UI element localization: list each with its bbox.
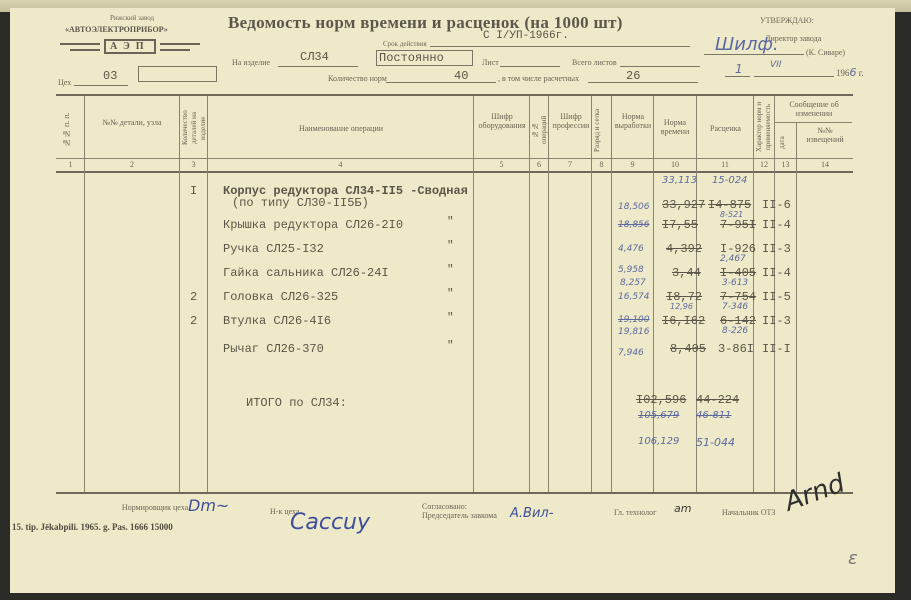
table-top-border bbox=[56, 94, 853, 96]
row-ditto: " bbox=[447, 340, 454, 352]
year-suffix: 6 bbox=[850, 66, 857, 79]
row-time: I7,55 bbox=[662, 218, 698, 232]
term-line bbox=[430, 46, 690, 47]
row-operation: Ручка СЛ25-I32 bbox=[223, 242, 324, 256]
row-rate-new: 2,467 bbox=[720, 254, 746, 264]
col-num-5: 5 bbox=[474, 160, 529, 169]
director-signature: Шилф. bbox=[715, 34, 779, 55]
col-divider-5 bbox=[529, 96, 530, 492]
director-name: (К. Сиваре) bbox=[806, 48, 845, 57]
row-output-alt: 19,816 bbox=[618, 327, 650, 337]
shop-line bbox=[74, 85, 128, 86]
row-output: 18,506 bbox=[618, 202, 650, 212]
shop-code-box bbox=[138, 66, 217, 82]
col-header-7: Шифр профессии bbox=[551, 112, 591, 130]
calculated-line bbox=[588, 82, 698, 83]
col-num-10: 10 bbox=[654, 160, 696, 169]
union-chair-signature: А.Вил- bbox=[510, 506, 553, 521]
col-divider-6 bbox=[548, 96, 549, 492]
norms-count-label: Количество норм bbox=[328, 74, 387, 83]
col-header-11: Расценка bbox=[698, 124, 753, 133]
col-header-9: Норма выработки bbox=[613, 112, 653, 130]
norm-setter-signature: Dm~ bbox=[188, 496, 229, 515]
col-divider-13 bbox=[796, 122, 797, 492]
row-time: 8,405 bbox=[670, 342, 706, 356]
row-operation: Крышка редуктора СЛ26-2I0 bbox=[223, 218, 403, 232]
row-qty: I bbox=[190, 184, 197, 198]
row-ditto: " bbox=[447, 264, 454, 276]
row-grade: II-I bbox=[762, 342, 791, 356]
norms-count-line bbox=[386, 82, 496, 83]
ots-head-label: Начальник ОТЗ bbox=[722, 508, 775, 517]
col-num-1: 1 bbox=[57, 160, 84, 169]
document-sheet: Рижский завод «АВТОЭЛЕКТРОПРИБОР» АЭП Ве… bbox=[10, 8, 895, 593]
row-ditto: " bbox=[447, 240, 454, 252]
margin-mark: ε bbox=[848, 548, 858, 569]
total-time-rev2: 106,129 bbox=[638, 436, 679, 447]
col-num-3: 3 bbox=[180, 160, 207, 169]
row-operation: Гайка сальника СЛ26-24I bbox=[223, 266, 389, 280]
day-line bbox=[725, 76, 750, 77]
total-rate: 44-224 bbox=[696, 393, 739, 407]
chief-tech-signature: am bbox=[674, 502, 691, 515]
col-group-header: Сообщение об изменении bbox=[776, 100, 852, 118]
row-time-new: 33,113 bbox=[662, 175, 697, 186]
row-time: 3,44 bbox=[672, 266, 701, 280]
col-num-14: 14 bbox=[797, 160, 853, 169]
logo-wing-left bbox=[60, 43, 100, 45]
col-header-10: Норма времени bbox=[655, 118, 695, 136]
col-header-2: №№ детали, узла bbox=[90, 118, 174, 127]
month-line bbox=[754, 76, 834, 77]
norms-count-value: 40 bbox=[454, 69, 468, 83]
col-num-8: 8 bbox=[592, 160, 611, 169]
row-rate-new: 7-346 bbox=[722, 302, 748, 312]
term-value: Постоянно bbox=[376, 50, 473, 66]
col-divider-7 bbox=[591, 96, 592, 492]
row-time: 4,392 bbox=[666, 242, 702, 256]
approve-day: 1 bbox=[735, 62, 743, 76]
product-line bbox=[278, 66, 358, 67]
logo-wing-right-2 bbox=[160, 49, 190, 51]
total-time-rev1: 105,679 bbox=[638, 410, 679, 421]
logo-wing-right bbox=[160, 43, 200, 45]
row-operation: Головка СЛ26-325 bbox=[223, 290, 338, 304]
total-sheets-line bbox=[620, 66, 700, 67]
row-rate: 7-95I bbox=[720, 218, 756, 232]
row-qty: 2 bbox=[190, 314, 197, 328]
row-grade: II-6 bbox=[762, 198, 791, 212]
header-bottom-rule bbox=[56, 158, 853, 159]
term-label: Срок действия bbox=[383, 40, 427, 48]
group-header-rule bbox=[774, 122, 852, 123]
row-time: I6,I62 bbox=[662, 314, 705, 328]
row-grade: II-3 bbox=[762, 242, 791, 256]
chief-tech-label: Гл. технолог bbox=[614, 508, 656, 517]
total-time: I02,596 bbox=[636, 393, 686, 407]
total-rate-rev1: 46-811 bbox=[696, 410, 731, 421]
col-header-1: №№ п. п. bbox=[62, 108, 78, 152]
col-header-13: дата bbox=[778, 132, 794, 154]
col-header-8: Разряд и сетка bbox=[593, 108, 609, 152]
row-output: 19,100 bbox=[618, 315, 650, 325]
row-output-alt: 8,257 bbox=[620, 278, 646, 288]
col-header-6: №№ операций bbox=[531, 108, 547, 152]
col-num-7: 7 bbox=[549, 160, 591, 169]
sheet-label: Лист bbox=[482, 58, 499, 67]
row-ditto: " bbox=[447, 288, 454, 300]
approve-month: VII bbox=[770, 60, 781, 70]
col-divider-9 bbox=[653, 96, 654, 492]
calculated-label: , в том числе расчетных bbox=[498, 74, 579, 83]
row-grade: II-4 bbox=[762, 218, 791, 232]
approve-label: УТВЕРЖДАЮ: bbox=[760, 16, 814, 25]
year-end: г. bbox=[859, 68, 864, 78]
col-header-14: №№ извещений bbox=[798, 126, 852, 144]
col-num-11: 11 bbox=[697, 160, 753, 169]
row-operation-note: (по типу СЛ30-II5Б) bbox=[232, 196, 369, 210]
validity-note: С I/УП-1966г. bbox=[483, 30, 569, 42]
col-header-5: Шифр оборудования bbox=[476, 112, 528, 130]
shop-head-signature: Caccuy bbox=[290, 510, 370, 535]
col-header-4: Наименование операции bbox=[210, 124, 472, 133]
row-grade: II-4 bbox=[762, 266, 791, 280]
director-sign-line bbox=[704, 54, 804, 55]
union-chair-label: Председатель завкома bbox=[422, 511, 497, 520]
agreed-label: Согласовано: bbox=[422, 502, 467, 511]
row-ditto: " bbox=[447, 216, 454, 228]
sheet-line bbox=[500, 66, 560, 67]
col-header-12: Характер норм и применяемость bbox=[755, 98, 773, 156]
row-time: 33,927 bbox=[662, 198, 705, 212]
row-grade: II-3 bbox=[762, 314, 791, 328]
row-time-alt: 12,96 bbox=[670, 302, 693, 311]
column-numbers-rule bbox=[56, 171, 853, 173]
logo-aep: АЭП bbox=[104, 39, 156, 54]
shop-value: 03 bbox=[103, 69, 117, 83]
col-divider-3 bbox=[207, 96, 208, 492]
logo-wing-left-2 bbox=[70, 49, 100, 51]
total-rate-rev2: 51-044 bbox=[696, 436, 735, 449]
row-rate-new: 3-613 bbox=[722, 278, 748, 288]
col-divider-2 bbox=[179, 96, 180, 492]
year-prefix: 196 bbox=[836, 68, 850, 78]
factory-city: Рижский завод bbox=[110, 14, 154, 22]
row-rate-new: 15-024 bbox=[712, 175, 747, 186]
row-output: 5,958 bbox=[618, 265, 644, 275]
row-rate: 3-86I bbox=[718, 342, 754, 356]
product-value: СЛ34 bbox=[300, 50, 329, 64]
row-rate-new: 8-226 bbox=[722, 326, 748, 336]
row-operation: Втулка СЛ26-4I6 bbox=[223, 314, 331, 328]
col-num-9: 9 bbox=[612, 160, 653, 169]
ots-head-signature: Arnd bbox=[781, 468, 849, 517]
table-bottom-border bbox=[56, 492, 853, 494]
col-divider-8 bbox=[611, 96, 612, 492]
row-operation: Рычаг СЛ26-370 bbox=[223, 342, 324, 356]
col-divider-1 bbox=[84, 96, 85, 492]
row-grade: II-5 bbox=[762, 290, 791, 304]
col-num-12: 12 bbox=[754, 160, 774, 169]
col-num-13: 13 bbox=[775, 160, 796, 169]
row-ditto: " bbox=[447, 312, 454, 324]
total-sheets-label: Всего листов bbox=[572, 58, 617, 67]
factory-name: «АВТОЭЛЕКТРОПРИБОР» bbox=[65, 25, 168, 34]
col-header-3: Количество деталей на изделие bbox=[181, 100, 205, 156]
row-output: 4,476 bbox=[618, 244, 644, 254]
total-label: ИТОГО по СЛ34: bbox=[246, 396, 347, 410]
row-output: 18,856 bbox=[618, 220, 650, 230]
row-output: 16,574 bbox=[618, 292, 650, 302]
row-output: 7,946 bbox=[618, 348, 644, 358]
norm-setter-label: Нормировщик цеха bbox=[120, 503, 190, 512]
calculated-value: 26 bbox=[626, 69, 640, 83]
col-num-2: 2 bbox=[85, 160, 179, 169]
col-num-6: 6 bbox=[530, 160, 548, 169]
product-label: На изделие bbox=[232, 58, 270, 67]
printer-imprint: 15. tip. Jēkabpili. 1965. g. Pas. 1666 1… bbox=[12, 522, 173, 532]
col-num-4: 4 bbox=[208, 160, 473, 169]
shop-label: Цех bbox=[58, 78, 71, 87]
col-divider-4 bbox=[473, 96, 474, 492]
row-qty: 2 bbox=[190, 290, 197, 304]
